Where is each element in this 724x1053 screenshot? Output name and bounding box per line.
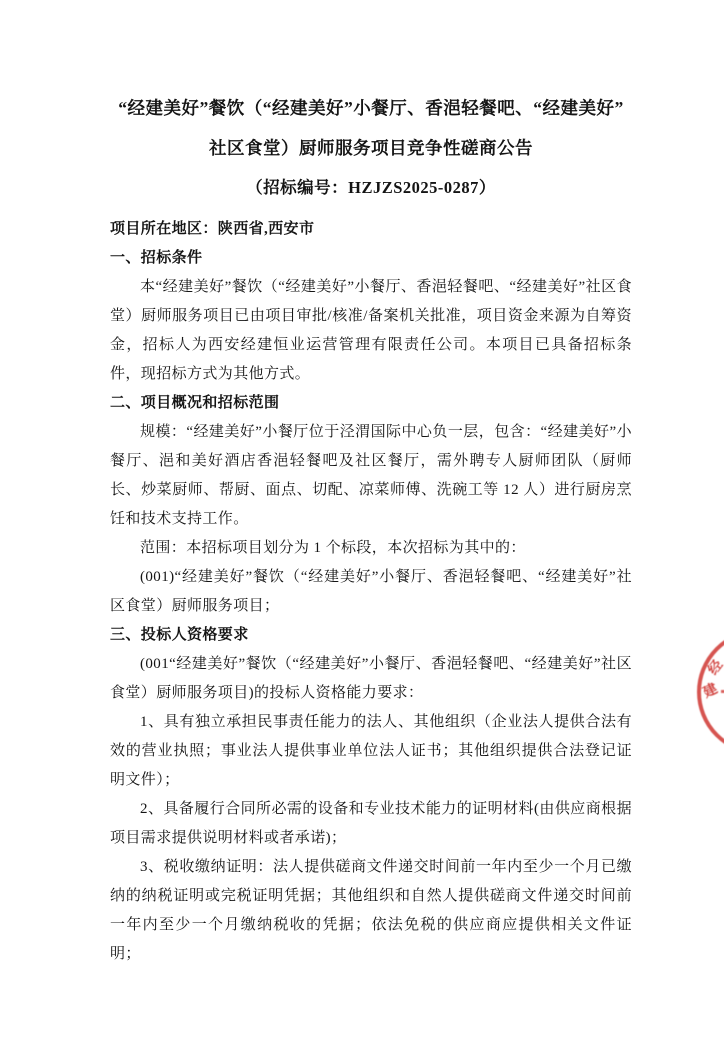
title-line-2: 社区食堂）厨师服务项目竞争性磋商公告 bbox=[110, 128, 632, 168]
document-title: “经建美好”餐饮（“经建美好”小餐厅、香浥轻餐吧、“经建美好” 社区食堂）厨师服… bbox=[110, 88, 632, 168]
section-3-heading: 三、投标人资格要求 bbox=[110, 621, 632, 650]
project-location: 项目所在地区：陕西省,西安市 bbox=[110, 215, 632, 244]
title-line-1: “经建美好”餐饮（“经建美好”小餐厅、香浥轻餐吧、“经建美好” bbox=[110, 88, 632, 128]
seal-character: 建 bbox=[699, 678, 720, 702]
section-2-heading: 二、项目概况和招标范围 bbox=[110, 389, 632, 418]
seal-character: 经 bbox=[703, 655, 724, 678]
requirement-3: 3、税收缴纳证明：法人提供磋商文件递交时间前一年内至少一个月已缴纳的纳税证明或完… bbox=[110, 853, 632, 969]
requirement-1: 1、具有独立承担民事责任能力的法人、其他组织（企业法人提供合法有效的营业执照；事… bbox=[110, 708, 632, 795]
tender-number: （招标编号：HZJZS2025-0287） bbox=[110, 168, 632, 208]
document-page: “经建美好”餐饮（“经建美好”小餐厅、香浥轻餐吧、“经建美好” 社区食堂）厨师服… bbox=[0, 0, 724, 1053]
document-content: “经建美好”餐饮（“经建美好”小餐厅、香浥轻餐吧、“经建美好” 社区食堂）厨师服… bbox=[110, 88, 632, 969]
lot-001-paragraph: (001)“经建美好”餐饮（“经建美好”小餐厅、香浥轻餐吧、“经建美好”社区食堂… bbox=[110, 563, 632, 621]
section-1-heading: 一、招标条件 bbox=[110, 244, 632, 273]
document-body: 项目所在地区：陕西省,西安市 一、招标条件 本“经建美好”餐饮（“经建美好”小餐… bbox=[110, 215, 632, 969]
scale-paragraph: 规模：“经建美好”小餐厅位于泾渭国际中心负一层，包含：“经建美好”小餐厅、浥和美… bbox=[110, 418, 632, 534]
section-1-paragraph: 本“经建美好”餐饮（“经建美好”小餐厅、香浥轻餐吧、“经建美好”社区食堂）厨师服… bbox=[110, 273, 632, 389]
qualification-intro: (001“经建美好”餐饮（“经建美好”小餐厅、香浥轻餐吧、“经建美好”社区食堂）… bbox=[110, 650, 632, 708]
scope-paragraph: 范围：本招标项目划分为 1 个标段，本次招标为其中的： bbox=[110, 534, 632, 563]
requirement-2: 2、具备履行合同所必需的设备和专业技术能力的证明材料(由供应商根据项目需求提供说… bbox=[110, 795, 632, 853]
red-company-seal: 经 建 bbox=[697, 629, 724, 755]
